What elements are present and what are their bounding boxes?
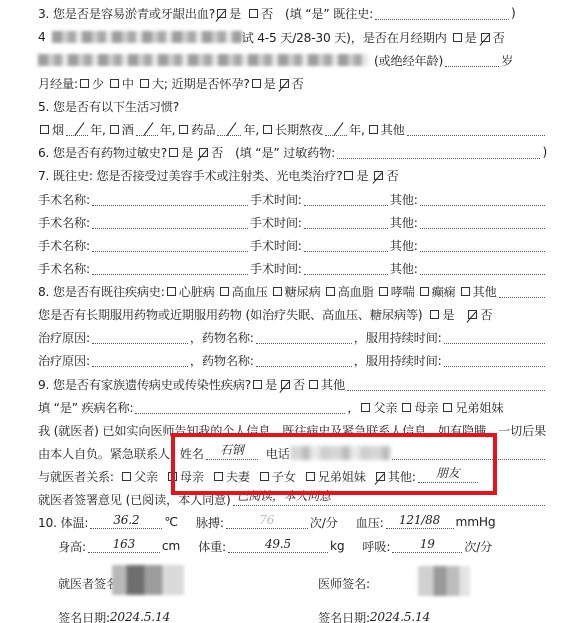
respiration-unit: 次/分 [464,538,492,555]
q6-yes-label: 是 [181,144,193,161]
relation-father-label: 父亲 [134,468,158,485]
habit-late-night-checkbox[interactable] [263,125,272,134]
relationship-label: 与就医者关系: [38,468,114,485]
surgery-time-field[interactable] [304,193,388,206]
relative-mother-label: 母亲 [414,399,438,416]
respiration-field[interactable]: 19 [392,540,462,553]
relative-siblings-checkbox[interactable] [443,403,452,412]
q4-yes-label: 是 [465,29,477,46]
habit-unit: 年, [160,121,176,138]
q3-yes-label: 是 [229,5,241,22]
medication-yes-label: 是 [442,306,454,323]
redacted-text [52,31,242,43]
surgery-other-field[interactable] [420,262,545,275]
surgery-time-label: 手术时间: [250,214,302,231]
medication-detail-row: 治疗原因: ， 药物名称: ， 服用持续时间: [38,327,547,347]
pulse-unit: 次/分 [310,514,338,531]
pulse-label: 脉搏: [196,514,224,531]
surgery-name-field[interactable] [92,193,248,206]
surgery-other-field[interactable] [420,193,545,206]
surgery-row: 手术名称: 手术时间: 其他: [38,212,547,232]
patient-date-label: 签名日期: [58,609,110,623]
flow-low-checkbox[interactable] [80,79,89,88]
q9-no-label: 否 [293,376,305,393]
blood-pressure-field[interactable]: 121/88 [386,516,454,529]
q7-yes-label: 是 [356,167,368,184]
respiration-label: 呼吸: [362,538,390,555]
doctor-date-row: 签名日期: 2024.5.14 [318,607,430,623]
disease-hyperlipidemia-checkbox[interactable] [326,287,335,296]
surgery-name-label: 手术名称: [38,191,90,208]
q4-text: 试 4-5 天/28-30 天)，是否在月经期内 [242,29,447,46]
q3-question: 3. 您是否是容易淤青或牙龈出血? [38,5,215,22]
vitals-row-2: 身高: 163 cm 体重: 49.5 kg 呼吸: 19 次/分 [58,536,547,556]
habit-unit: 年, [90,121,106,138]
patient-date-value: 2024.5.14 [110,610,170,623]
q9-other-checkbox[interactable] [309,380,318,389]
q3-note: (填 “是” 既往史: [285,5,373,22]
surgery-name-field[interactable] [92,239,248,252]
surgery-time-field[interactable] [304,262,388,275]
medical-history-form: 3. 您是否是容易淤青或牙龈出血? 是 否 (填 “是” 既往史: ) 4 试 … [0,0,567,623]
q7-yes-checkbox[interactable] [344,171,353,180]
disease-asthma-label: 哮喘 [391,283,415,300]
temperature-label: 10. 体温: [38,514,88,531]
q9-row: 9. 您是否有家族遗传病史或传染性疾病? 是 否 其他 [38,374,547,394]
duration-label: 服用持续时间: [366,352,442,369]
vitals-row-1: 10. 体温: 36.2 ℃ 脉搏: 76 次/分 血压: 121/88 mmH… [38,512,547,532]
q5-title-row: 5. 您是否有以下生活习惯? [38,96,547,116]
height-label: 身高: [58,538,86,555]
disease-hypertension-checkbox[interactable] [220,287,229,296]
q8-question: 8. 您是否有既往疾病史: [38,283,165,300]
height-field[interactable]: 163 [88,540,160,553]
disease-epilepsy-checkbox[interactable] [420,287,429,296]
q3-yes-checkbox[interactable] [217,9,226,18]
habit-drugs-years[interactable] [217,123,241,136]
disease-diabetes-label: 糖尿病 [285,283,321,300]
surgery-time-label: 手术时间: [250,191,302,208]
q3-close-paren: ) [511,6,516,20]
surgery-name-label: 手术名称: [38,260,90,277]
pregnant-question: ; 近期是否怀孕? [164,75,250,92]
q4-no-label: 否 [493,29,505,46]
family-disease-label: 填 “是” 疾病名称: [38,399,133,416]
q6-note: (填 “是” 过敏药物: [235,144,335,161]
surgery-name-label: 手术名称: [38,214,90,231]
surgery-time-label: 手术时间: [250,237,302,254]
blood-pressure-label: 血压: [356,514,384,531]
q4-menopause-row: (或绝经年龄) 岁 [38,50,547,70]
habit-drugs-label: 药品 [191,121,215,138]
respiration-value: 19 [392,537,462,551]
surgery-name-label: 手术名称: [38,237,90,254]
q3-no-label: 否 [261,5,273,22]
q7-no-checkbox[interactable] [374,171,383,180]
habit-unit: 年, [243,121,259,138]
blood-pressure-unit: mmHg [456,515,496,529]
flow-high-label: 大 [152,75,164,92]
medication-no-label: 否 [480,306,492,323]
surgery-other-label: 其他: [390,191,418,208]
surgery-name-field[interactable] [92,216,248,229]
redacted-text [38,54,368,66]
pregnant-no-checkbox[interactable] [280,79,289,88]
doctor-signature-label: 医师签名: [318,575,370,592]
q9-other-label: 其他 [321,376,345,393]
surgery-row: 手术名称: 手术时间: 其他: [38,235,547,255]
medication-yes-checkbox[interactable] [430,310,439,319]
doctor-signature-row: 医师签名: [318,573,370,593]
surgery-row: 手术名称: 手术时间: 其他: [38,258,547,278]
q6-close-paren: ) [542,145,547,159]
disease-epilepsy-label: 癫痫 [432,283,456,300]
height-unit: cm [162,539,180,553]
redacted-doctor-signature [418,566,470,596]
habit-unit: 年, [349,121,365,138]
habit-late-night-label: 长期熬夜 [275,121,323,138]
q6-yes-checkbox[interactable] [169,148,178,157]
medication-row: 您是否有长期服用药物或近期服用药物 (如治疗失眠、高血压、糖尿病等) 是 否 [38,304,547,324]
surgery-row: 手术名称: 手术时间: 其他: [38,189,547,209]
medication-detail-row: 治疗原因: ， 药物名称: ， 服用持续时间: [38,350,547,370]
flow-medium-label: 中 [122,75,134,92]
drug-name-field[interactable] [256,354,352,367]
menstrual-volume-row: 月经量: 少 中 大 ; 近期是否怀孕? 是 否 [38,73,547,93]
habit-other-checkbox[interactable] [369,125,378,134]
temperature-unit: ℃ [164,515,178,529]
duration-field[interactable] [444,331,545,344]
q7-row: 7. 既往史: 您是否接受过美容手术或注射类、光电类治疗? 是 否 [38,165,547,185]
q6-row: 6. 您是否有药物过敏史? 是 否 (填 “是” 过敏药物: ) [38,142,547,162]
q9-no-checkbox[interactable] [281,380,290,389]
patient-date-row: 签名日期: 2024.5.14 [58,607,170,623]
allergy-drug-field[interactable] [337,146,540,159]
habit-alcohol-checkbox[interactable] [110,125,119,134]
patient-signature-row: 就医者签名 [58,573,118,593]
doctor-date-label: 签名日期: [318,609,370,623]
q4-yes-checkbox[interactable] [453,33,462,42]
surgery-other-label: 其他: [390,214,418,231]
treatment-reason-label: 治疗原因: [38,352,90,369]
q7-no-label: 否 [386,167,398,184]
relative-father-label: 父亲 [373,399,397,416]
redacted-patient-signature [112,565,184,595]
disease-asthma-checkbox[interactable] [379,287,388,296]
q6-no-label: 否 [211,144,223,161]
q4-prefix: 4 [38,30,46,44]
weight-value: 49.5 [228,537,328,551]
temperature-field[interactable]: 36.2 [90,516,162,529]
q8-row: 8. 您是否有既往疾病史: 心脏病 高血压 糖尿病 高血脂 哮喘 癫痫 其他 [38,281,547,301]
menstrual-volume-label: 月经量: [38,75,78,92]
treatment-reason-field[interactable] [92,354,188,367]
q5-question: 5. 您是否有以下生活习惯? [38,98,179,115]
habit-drugs-checkbox[interactable] [179,125,188,134]
medication-question: 您是否有长期服用药物或近期服用药物 (如治疗失眠、高血压、糖尿病等) [38,306,422,323]
disease-other-field[interactable] [499,285,545,298]
treatment-reason-field[interactable] [92,331,188,344]
menopause-age-field[interactable] [445,54,499,67]
surgery-other-label: 其他: [390,237,418,254]
blood-pressure-value: 121/88 [386,513,454,527]
weight-field[interactable]: 49.5 [228,540,328,553]
q9-disease-row: 填 “是” 疾病名称: ， 父亲 母亲 兄弟姐妹 [38,397,547,417]
drug-name-label: 药物名称: [202,352,254,369]
q9-other-field[interactable] [347,378,545,391]
surgery-time-field[interactable] [304,216,388,229]
weight-unit: kg [330,539,344,553]
q3-history-field[interactable] [375,7,509,20]
disease-hyperlipidemia-label: 高血脂 [338,283,374,300]
flow-low-label: 少 [92,75,104,92]
relative-mother-checkbox[interactable] [402,403,411,412]
temperature-value: 36.2 [90,513,162,527]
q9-question: 9. 您是否有家族遗传病史或传染性疾病? [38,376,251,393]
q6-question: 6. 您是否有药物过敏史? [38,144,167,161]
q3-row: 3. 您是否是容易淤青或牙龈出血? 是 否 (填 “是” 既往史: ) [38,3,547,23]
habit-smoking-label: 烟 [52,121,64,138]
q9-yes-checkbox[interactable] [253,380,262,389]
habit-smoking-checkbox[interactable] [40,125,49,134]
family-disease-field[interactable] [135,401,345,414]
duration-field[interactable] [444,354,545,367]
emergency-contact-highlight [171,433,497,495]
habit-other-field[interactable] [407,123,545,136]
q3-no-checkbox[interactable] [249,9,258,18]
habit-other-label: 其他 [381,121,405,138]
relative-siblings-label: 兄弟姐妹 [455,399,503,416]
habit-alcohol-label: 酒 [122,121,134,138]
drug-name-label: 药物名称: [202,329,254,346]
surgery-other-field[interactable] [420,239,545,252]
q4-no-checkbox[interactable] [481,33,490,42]
pregnant-yes-label: 是 [264,75,276,92]
disease-other-label: 其他 [473,283,497,300]
disease-heart-checkbox[interactable] [167,287,176,296]
relative-father-checkbox[interactable] [361,403,370,412]
menopause-label: (或绝经年龄) [374,52,443,69]
q9-yes-label: 是 [265,376,277,393]
q5-habits-row: 烟 年, 酒 年, 药品 年, 长期熬夜 年, 其他 [38,119,547,139]
pregnant-yes-checkbox[interactable] [252,79,261,88]
disease-diabetes-checkbox[interactable] [273,287,282,296]
weight-label: 体重: [198,538,226,555]
doctor-date-value: 2024.5.14 [370,610,430,623]
habit-smoking-years[interactable] [66,123,88,136]
disease-hypertension-label: 高血压 [232,283,268,300]
treatment-reason-label: 治疗原因: [38,329,90,346]
height-value: 163 [88,537,160,551]
age-unit: 岁 [501,52,513,69]
emergency-contact-label: 由本人自负。紧急联系人: [38,445,174,462]
patient-signature-label: 就医者签名 [58,575,118,592]
q4-row: 4 试 4-5 天/28-30 天)，是否在月经期内 是 否 [38,27,547,47]
surgery-time-field[interactable] [304,239,388,252]
q6-no-checkbox[interactable] [199,148,208,157]
flow-medium-checkbox[interactable] [110,79,119,88]
medication-no-checkbox[interactable] [468,310,477,319]
relation-father-checkbox[interactable] [122,472,131,481]
habit-late-night-years[interactable] [325,123,347,136]
pregnant-no-label: 否 [292,75,304,92]
surgery-other-field[interactable] [420,216,545,229]
surgery-name-field[interactable] [92,262,248,275]
flow-high-checkbox[interactable] [140,79,149,88]
q7-question: 7. 既往史: 您是否接受过美容手术或注射类、光电类治疗? [38,167,342,184]
habit-alcohol-years[interactable] [136,123,158,136]
surgery-other-label: 其他: [390,260,418,277]
disease-other-checkbox[interactable] [461,287,470,296]
pulse-value: 76 [226,513,308,527]
pulse-field[interactable]: 76 [226,516,308,529]
drug-name-field[interactable] [256,331,352,344]
duration-label: 服用持续时间: [366,329,442,346]
surgery-time-label: 手术时间: [250,260,302,277]
disease-heart-label: 心脏病 [179,283,215,300]
